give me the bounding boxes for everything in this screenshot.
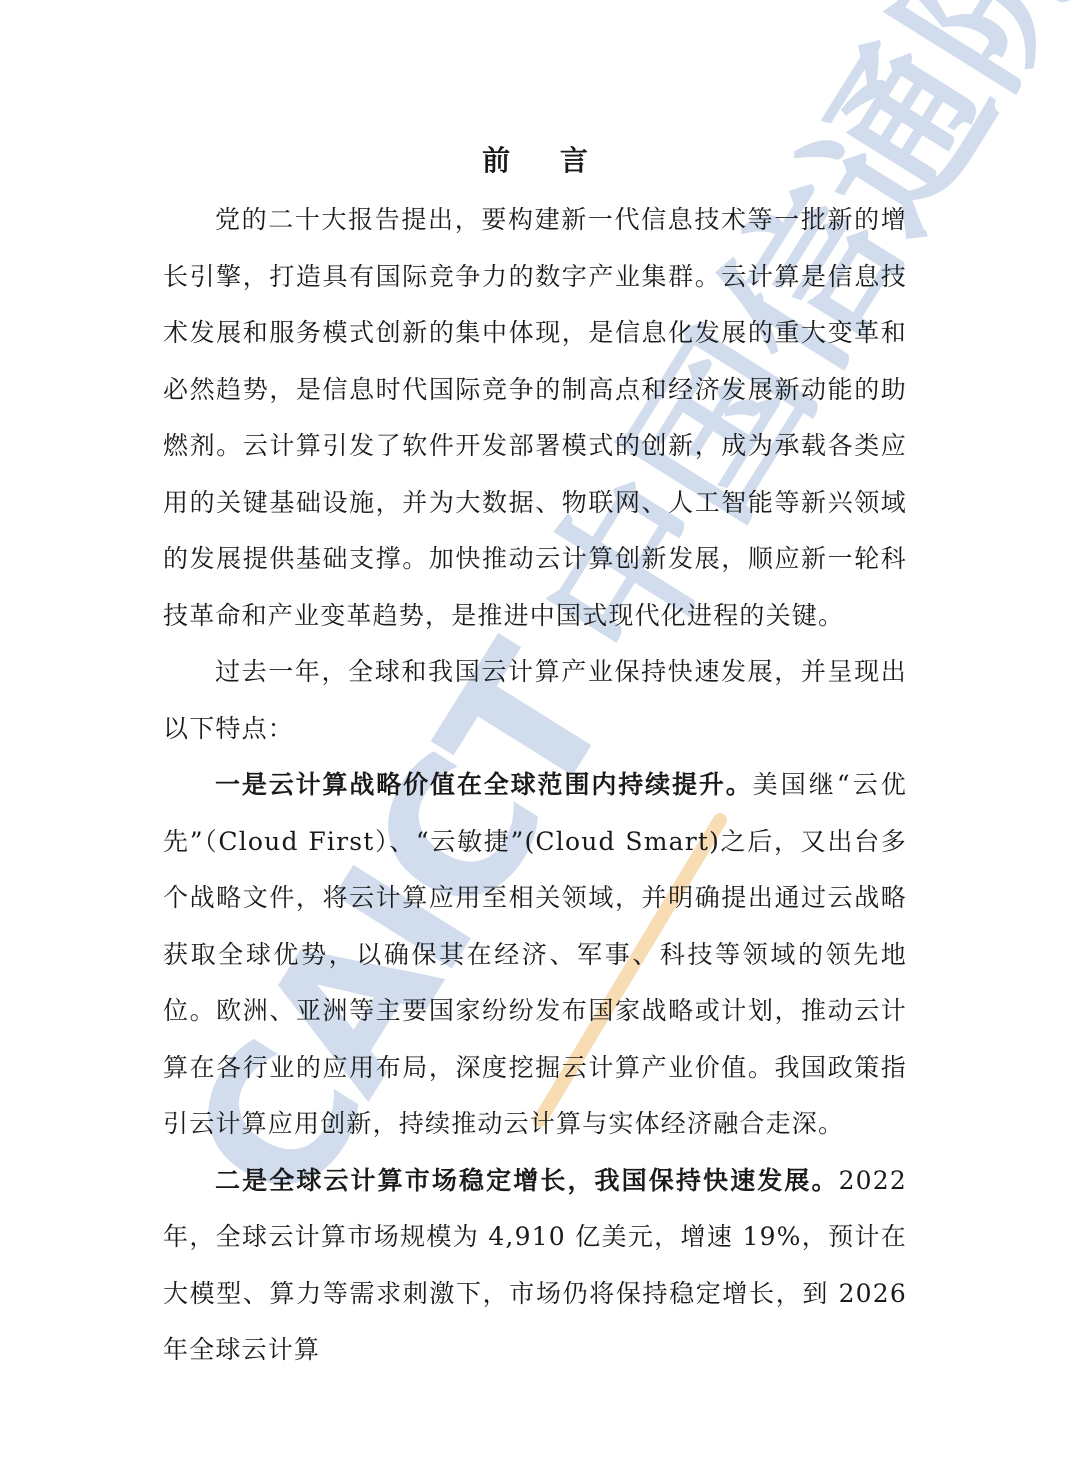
paragraph-features-intro: 过去一年，全球和我国云计算产业保持快速发展，并呈现出以下特点： <box>163 644 907 757</box>
paragraph-text: 过去一年，全球和我国云计算产业保持快速发展，并呈现出以下特点： <box>163 657 907 743</box>
paragraph-point-two: 二是全球云计算市场稳定增长，我国保持快速发展。2022 年，全球云计算市场规模为… <box>163 1153 907 1379</box>
paragraph-intro: 党的二十大报告提出，要构建新一代信息技术等一批新的增长引擎，打造具有国际竞争力的… <box>163 192 907 644</box>
paragraph-text: 美国继“云优先”（Cloud First）、“云敏捷”(Cloud Smart)… <box>163 770 907 1138</box>
document-page: 前 言 党的二十大报告提出，要构建新一代信息技术等一批新的增长引擎，打造具有国际… <box>163 136 907 1379</box>
paragraph-lead-bold: 一是云计算战略价值在全球范围内持续提升。 <box>215 770 753 799</box>
paragraph-text: 2022 年，全球云计算市场规模为 4,910 亿美元，增速 19%，预计在大模… <box>163 1166 907 1365</box>
paragraph-point-one: 一是云计算战略价值在全球范围内持续提升。美国继“云优先”（Cloud First… <box>163 757 907 1153</box>
paragraph-lead-bold: 二是全球云计算市场稳定增长，我国保持快速发展。 <box>215 1166 839 1195</box>
page-title: 前 言 <box>163 136 907 186</box>
paragraph-text: 党的二十大报告提出，要构建新一代信息技术等一批新的增长引擎，打造具有国际竞争力的… <box>163 205 907 630</box>
